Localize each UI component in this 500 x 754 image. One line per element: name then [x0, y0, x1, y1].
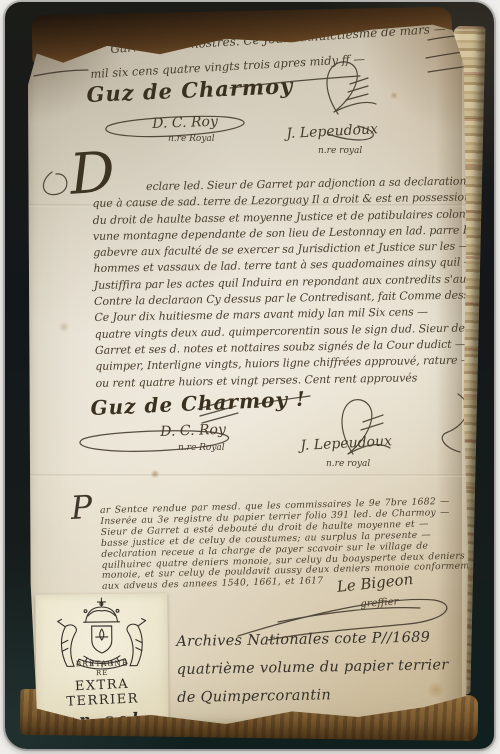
ermine-supporter-right-icon [127, 624, 143, 666]
tax-stamp: BRETAGNE RE EXTRA TERRIER un sol [35, 593, 168, 722]
fleur-de-lis-icon [96, 629, 108, 640]
paper-crease [28, 474, 468, 477]
notary-title-top-left: n.re Royal [168, 134, 215, 144]
coat-of-arms-icon: BRETAGNE [40, 595, 163, 672]
caption-line-3: de Quimpercorantin [177, 679, 449, 712]
archive-caption: Archives Nationales cote P//1689 quatriè… [176, 623, 449, 712]
stamp-title: EXTRA TERRIER [36, 675, 169, 711]
notary-signature-mid-right: J. Lepeudoux [300, 433, 392, 454]
signature-guz-de-charmoy-mid: Guz de Charmoy ! [90, 387, 306, 420]
crown-cross-icon [97, 598, 105, 606]
notary-signature-top-left: D. C. Roy [152, 114, 218, 132]
notary-signature-mid-left: D. C. Roy [160, 422, 226, 440]
notary-title-top-right: n.re royal [318, 146, 362, 156]
greffier-title: greffier [360, 596, 399, 610]
foxing-spot [150, 470, 160, 478]
ermine-supporter-left-icon [61, 625, 77, 667]
caption-line-2: quatrième volume du papier terrier [176, 651, 448, 684]
paragraph1: eclare led. Sieur de Garret par adjoncti… [92, 172, 500, 391]
notary-title-mid-left: n.re Royal [178, 443, 225, 453]
paragraph2-ornate-initial: P [70, 491, 93, 524]
paragraph2: ar Sentce rendue par mesd. que les commi… [100, 496, 486, 593]
stamp-region-label: BRETAGNE [76, 659, 129, 669]
foxing-spot [390, 92, 398, 99]
photo-background: Garret et les nostres. Ce Jour dixhuicti… [0, 0, 500, 754]
foxing-spot [58, 322, 70, 332]
manuscript-page: Garret et les nostres. Ce Jour dixhuicti… [28, 22, 468, 724]
notary-title-mid-right: n.re royal [326, 459, 370, 469]
